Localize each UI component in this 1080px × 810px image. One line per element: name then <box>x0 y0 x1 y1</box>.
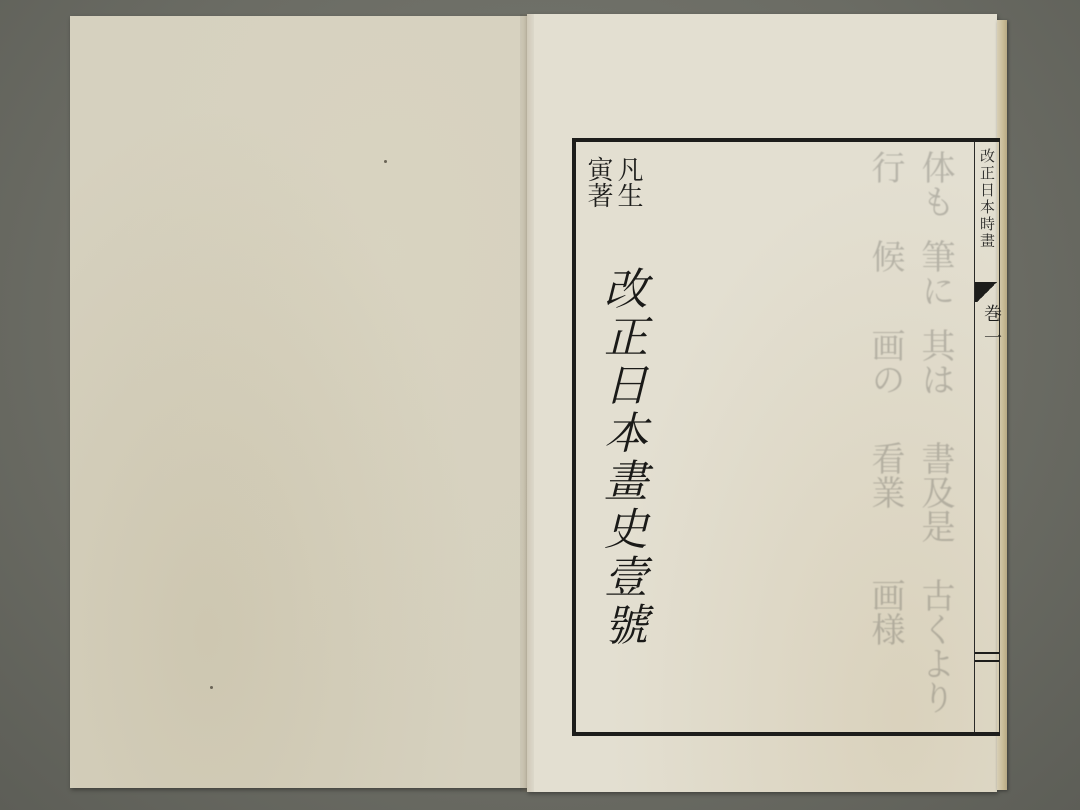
inscription-small-column-1: 凡生 <box>614 156 642 208</box>
handwritten-inscription: 凡生 寅著 改正日本畫史壹號 <box>582 148 652 708</box>
left-page-blank-endpaper <box>70 16 527 788</box>
book-spine-gutter <box>520 14 534 792</box>
fishtail-mark-icon <box>975 282 999 302</box>
volume-label: 巻一 <box>978 304 1004 352</box>
paper-speck <box>210 686 213 689</box>
center-fold-margin: 改正日本時畫 巻一 <box>974 142 1000 732</box>
inscription-small-column-2: 寅著 <box>584 156 612 208</box>
inscription-main-title: 改正日本畫史壹號 <box>596 266 646 650</box>
paper-speck <box>384 160 387 163</box>
margin-title: 改正日本時畫 <box>977 148 997 250</box>
lower-double-line-mark <box>975 652 999 662</box>
